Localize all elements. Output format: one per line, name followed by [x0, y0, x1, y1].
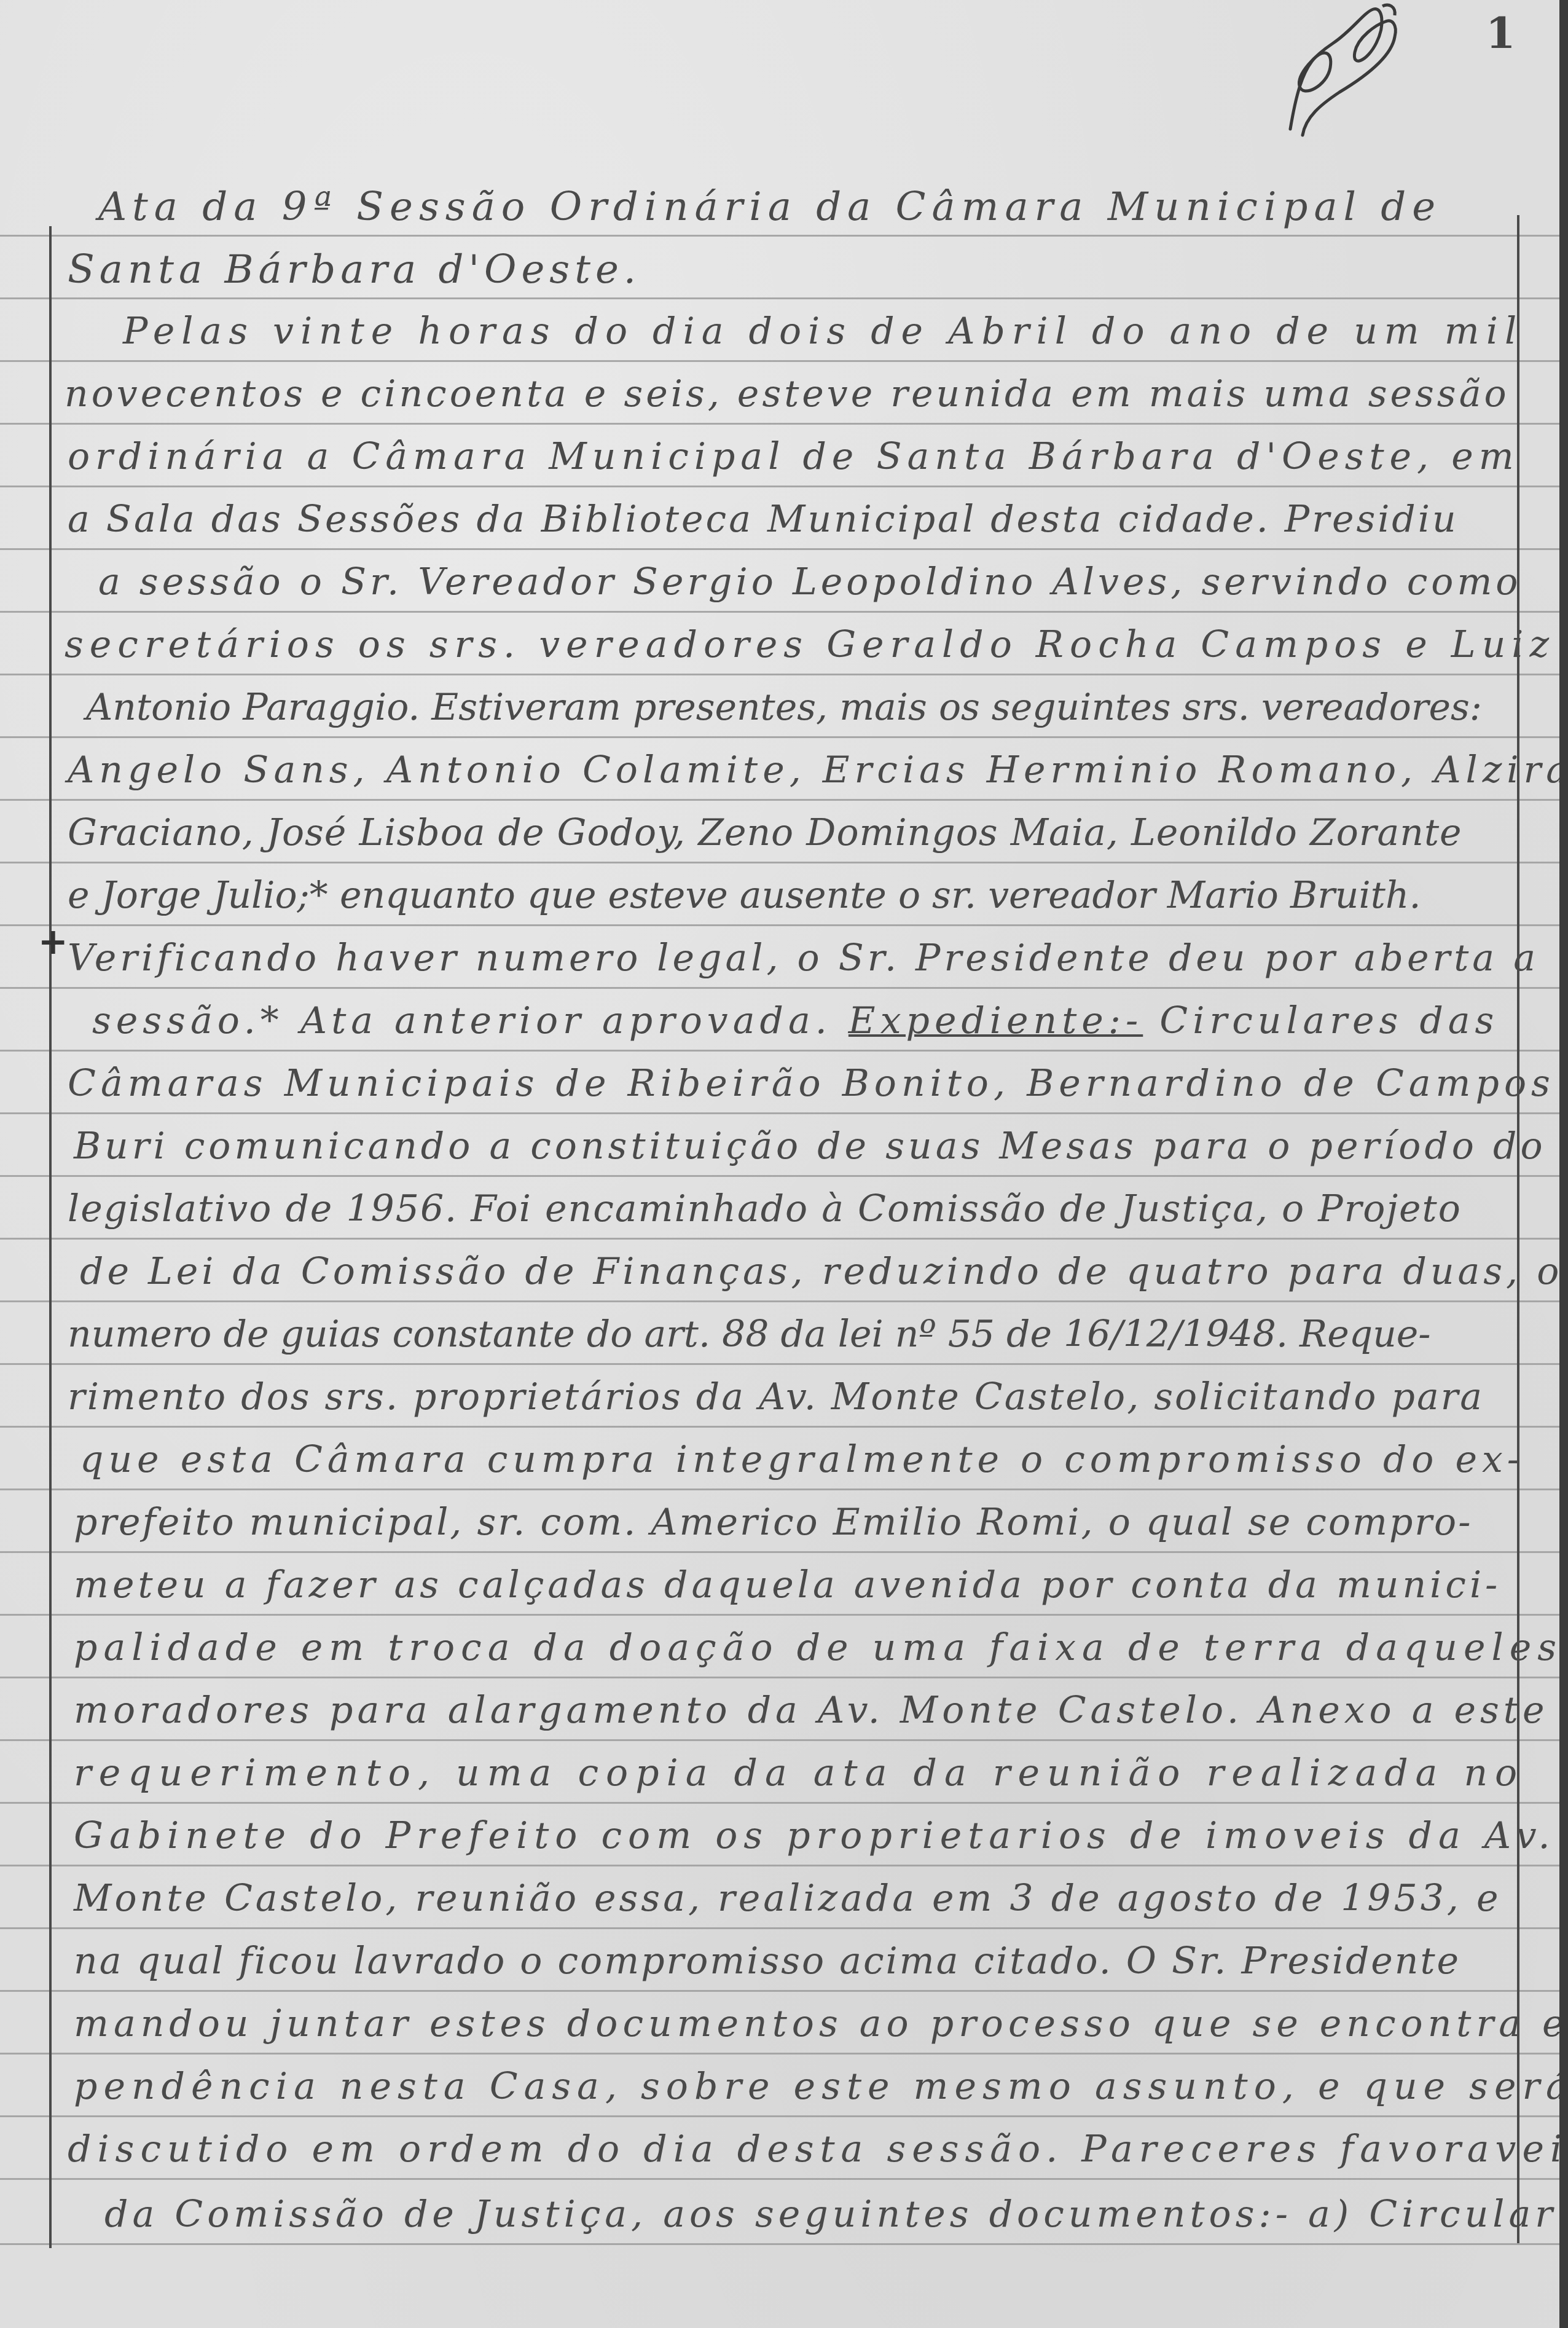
ruled-line: [0, 924, 1561, 926]
ruled-line: [0, 1488, 1561, 1490]
body-line: numero de guias constante do art. 88 da …: [68, 1313, 1431, 1356]
body-line: a Sala das Sessões da Biblioteca Municip…: [68, 498, 1459, 541]
body-line: da Comissão de Justiça, aos seguintes do…: [104, 2193, 1557, 2236]
body-line: rimento dos srs. proprietários da Av. Mo…: [68, 1375, 1484, 1418]
body-line: ordinária a Câmara Municipal de Santa Bá…: [68, 435, 1519, 478]
body-line: na qual ficou lavrado o compromisso acim…: [74, 1940, 1460, 1983]
ruled-line: [0, 1927, 1561, 1929]
ruled-line: [0, 297, 1561, 299]
body-line: de Lei da Comissão de Finanças, reduzind…: [80, 1250, 1562, 1293]
body-line: sessão.* Ata anterior aprovada. Expedien…: [92, 999, 1499, 1042]
ruled-line: [0, 486, 1561, 487]
ruled-line: [0, 235, 1561, 237]
right-margin-line: [1517, 215, 1519, 2243]
body-line: novecentos e cincoenta e seis, esteve re…: [65, 372, 1510, 415]
ruled-line: [0, 548, 1561, 550]
ruled-line: [0, 1363, 1561, 1365]
body-line: requerimento, uma copia da ata da reuniã…: [74, 1752, 1524, 1795]
ruled-line: [0, 1551, 1561, 1553]
body-line: secretários os srs. vereadores Geraldo R…: [65, 623, 1555, 666]
body-line: Câmaras Municipais de Ribeirão Bonito, B…: [68, 1062, 1568, 1105]
body-line-text: sessão.* Ata anterior aprovada.: [92, 999, 849, 1042]
body-line: Angelo Sans, Antonio Colamite, Ercias He…: [68, 749, 1568, 792]
ruled-line: [0, 1426, 1561, 1428]
ruled-line: [0, 987, 1561, 989]
ruled-line: [0, 2053, 1561, 2055]
body-line: palidade em troca da doação de uma faixa…: [74, 1626, 1562, 1669]
body-line: Verificando haver numero legal, o Sr. Pr…: [68, 937, 1539, 980]
body-line: e Jorge Julio;* enquanto que esteve ause…: [68, 874, 1421, 917]
body-line: mandou juntar estes documentos ao proces…: [74, 2002, 1568, 2045]
ruled-line: [0, 1614, 1561, 1616]
ruled-line: [0, 736, 1561, 738]
ruled-line: [0, 1238, 1561, 1240]
ruled-line: [0, 1802, 1561, 1804]
ledger-page: 1 + Ata da 9ª Sessão Ordinária da Câmara…: [0, 0, 1561, 2328]
ruled-line: [0, 799, 1561, 801]
ruled-line: [0, 1175, 1561, 1177]
ruled-line: [0, 1112, 1561, 1114]
left-margin-line: [49, 226, 52, 2248]
ruled-line: [0, 423, 1561, 425]
ruled-line: [0, 2115, 1561, 2117]
body-line: pendência nesta Casa, sobre este mesmo a…: [74, 2065, 1568, 2108]
ruled-line: [0, 1739, 1561, 1741]
ruled-line: [0, 1990, 1561, 1992]
ruled-line: [0, 2243, 1561, 2245]
ruled-line: [0, 1865, 1561, 1866]
margin-plus-mark: +: [38, 921, 68, 962]
body-line: Gabinete do Prefeito com os proprietario…: [74, 1814, 1556, 1857]
body-line-text: Circulares das: [1143, 999, 1499, 1042]
document-title-line-1: Ata da 9ª Sessão Ordinária da Câmara Mun…: [98, 184, 1441, 230]
body-line: discutido em ordem do dia desta sessão. …: [68, 2128, 1568, 2171]
ruled-line: [0, 1050, 1561, 1052]
body-line: moradores para alargamento da Av. Monte …: [74, 1689, 1548, 1732]
body-line: Monte Castelo, reunião essa, realizada e…: [74, 1877, 1502, 1920]
document-title-line-2: Santa Bárbara d'Oeste.: [68, 247, 641, 293]
body-line: que esta Câmara cumpra integralmente o c…: [80, 1438, 1524, 1481]
handwritten-initials-stamp: [1278, 0, 1438, 141]
body-line: Graciano, José Lisboa de Godoy, Zeno Dom…: [68, 811, 1462, 854]
body-line: Pelas vinte horas do dia dois de Abril d…: [123, 310, 1523, 353]
ruled-line: [0, 1677, 1561, 1678]
ruled-line: [0, 674, 1561, 675]
ruled-line: [0, 611, 1561, 613]
ruled-line: [0, 862, 1561, 863]
page-number: 1: [1486, 7, 1516, 58]
body-line: meteu a fazer as calçadas daquela avenid…: [74, 1563, 1501, 1606]
body-line: prefeito municipal, sr. com. Americo Emi…: [74, 1501, 1472, 1544]
expediente-heading: Expediente:-: [849, 999, 1143, 1042]
body-line: a sessão o Sr. Vereador Sergio Leopoldin…: [98, 560, 1521, 604]
body-line: legislativo de 1956. Foi encaminhado à C…: [68, 1187, 1462, 1230]
ruled-line: [0, 360, 1561, 362]
body-line: Buri comunicando a constituição de suas …: [74, 1125, 1546, 1168]
ruled-line: [0, 1300, 1561, 1302]
ruled-line: [0, 2178, 1561, 2180]
body-line: Antonio Paraggio. Estiveram presentes, m…: [86, 686, 1482, 729]
page-binding-edge: [1559, 0, 1568, 2328]
